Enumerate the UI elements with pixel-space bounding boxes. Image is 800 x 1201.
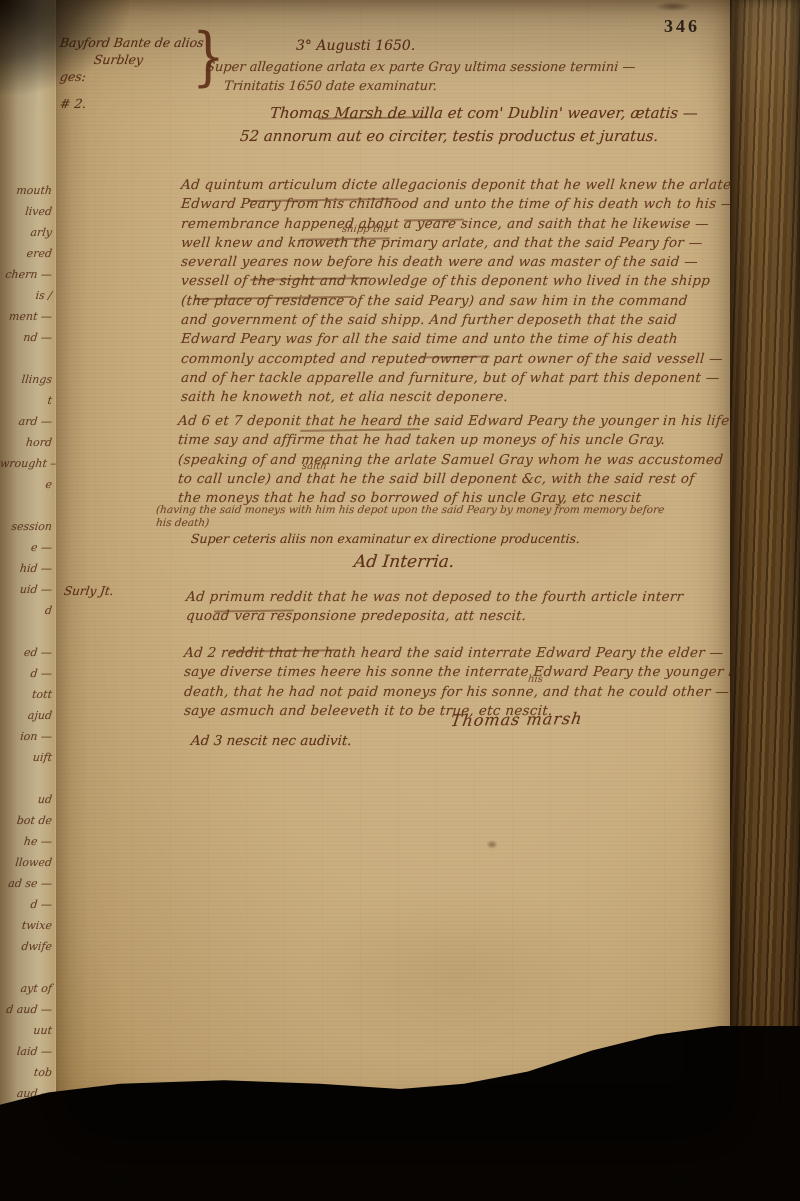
deponent-signature: Thomas marsh [449,709,584,730]
parchment-stain [306,880,606,1060]
deposition-line: and government of the said shipp. And fu… [180,311,748,330]
interlineation: his [527,674,543,685]
facing-page-fragment: mouth [0,180,53,201]
deposition-line: Ad quintum articulum dicte allegacionis … [180,176,748,195]
insertion-line: (having the said moneys with him his dep… [155,504,665,517]
facing-page-fragment: ajud [0,705,53,726]
deposition-line: death, that he had not paid moneys for h… [183,683,748,702]
deponent-heading: Thomas Marsh de villa et com' Dublin' we… [240,102,698,148]
facing-page-fragment: lived [0,201,53,222]
margin-note-case-title: Bayford Bante de alios Surbley ges: # 2.… [60,34,204,112]
margin-initials: Surly Jt. [63,584,115,598]
facing-page-fragment [0,957,53,978]
interlineation: saith [301,461,327,472]
facing-page-fragment: ard — [0,411,53,432]
facing-page-fragment: laid — [0,1041,53,1062]
margin-note-line: Surbley [59,51,205,68]
paragraph-ad-sextum: Ad 6 et 7 deponit that he heard the said… [178,412,729,508]
facing-page-fragment: arly [0,222,53,243]
deposition-line: saith he knoweth not, et alia nescit dep… [180,388,748,407]
deposition-line: saye diverse times heere his sonne the i… [183,663,748,682]
facing-page-fragment: tott [0,684,53,705]
facing-page-fragment: tob [0,1062,53,1083]
facing-page-fragment: dwife [0,936,53,957]
allegation-note: Super allegatione arlata ex parte Gray u… [206,58,635,96]
facing-page-fragment: llowed [0,852,53,873]
heading-line: 52 annorum aut eo circiter, testis produ… [239,125,699,148]
facing-page-fragment: nd — [0,327,53,348]
facing-page-fragment: ion — [0,726,53,747]
facing-page-fragment [0,768,53,789]
facing-page-fragment: d aud — [0,999,53,1020]
facing-page-fragment: llings [0,369,53,390]
facing-page-fragment [0,348,53,369]
deposition-line: severall yeares now before his death wer… [180,253,748,272]
page-number: 346 [664,16,700,37]
deposition-line: Ad primum reddit that he was not deposed… [185,588,684,607]
facing-page-fragment [0,495,53,516]
facing-page-fragment: uut [0,1020,53,1041]
examination-closing-note: Super ceteris aliis non examinatur ex di… [190,531,580,546]
ink-smudge [656,2,690,11]
manuscript-page: 346 Bayford Bante de alios Surbley ges: … [56,0,748,1150]
section-heading-ad-interrogatoria: Ad Interria. [353,552,455,572]
facing-page-fragment: chern — [0,264,53,285]
facing-page-fragment: e — [0,537,53,558]
facing-page-fragment: uift [0,747,53,768]
date-heading: 3° Augusti 1650. [296,38,415,54]
facing-page-fragment: e [0,474,53,495]
facing-page-fragment: ud [0,789,53,810]
facing-page-fragment: session [0,516,53,537]
margin-note-line: ges: [59,68,205,85]
margin-note-mark: # 2. [59,95,205,112]
deposition-line: time say and affirme that he had taken u… [177,431,730,450]
allegation-line: Super allegatione arlata ex parte Gray u… [205,58,636,77]
facing-page-fragment: ered [0,243,53,264]
deposition-line: (the place of residence of the said Pear… [180,292,748,311]
paragraph-ad-quintum: Ad quintum articulum dicte allegacionis … [181,176,748,408]
facing-page-fragment: is / [0,285,53,306]
facing-page-fragment: he — [0,831,53,852]
paragraph-ad-secundum: Ad 2 reddit that he hath heard the said … [184,644,748,721]
facing-page-text-fragments: mouthlivedarlyeredchern —is /ment —nd — … [0,180,57,1120]
deposition-line: (speaking of and meaning the arlate Samu… [177,451,730,470]
deposition-line: Ad 2 reddit that he hath heard the said … [183,644,748,663]
deposition-line: well knew and knoweth the primary arlate… [180,234,748,253]
deposition-line: commonly accompted and reputed owner a p… [180,350,748,369]
deposition-line: vessell of the sight and knowledge of th… [180,272,748,291]
paragraph-ad-tertium: Ad 3 nescit nec audivit. [190,733,352,749]
facing-page-fragment: uid — [0,579,53,600]
facing-page-edge: mouthlivedarlyeredchern —is /ment —nd — … [0,0,58,1135]
cramped-insertion: (having the said moneys with him his dep… [156,504,664,529]
facing-page-fragment: t [0,390,53,411]
facing-page-fragment: twixe [0,915,53,936]
facing-page-fragment: ayt of [0,978,53,999]
deposition-line: remembrance happened about a yeare since… [180,215,748,234]
facing-page-fragment: wrought — [0,453,53,474]
facing-page-fragment [0,621,53,642]
manuscript-photo: mouthlivedarlyeredchern —is /ment —nd — … [0,0,800,1201]
facing-page-fragment: hord [0,432,53,453]
heading-line: Thomas Marsh de villa et com' Dublin' we… [239,102,699,125]
facing-page-fragment: hid — [0,558,53,579]
ink-speck [486,840,498,849]
facing-page-fragment: ed — [0,642,53,663]
deposition-line: Edward Peary from his childhood and unto… [180,195,748,214]
facing-page-fragment: bot de [0,810,53,831]
paragraph-ad-primum: Ad primum reddit that he was not deposed… [186,588,683,627]
insertion-line: his death) [155,517,665,530]
margin-note-line: Bayford Bante de alios [59,34,205,51]
deposition-line: and of her tackle apparelle and furnitur… [180,369,748,388]
allegation-line: Trinitatis 1650 date examinatur. [205,77,636,96]
deposition-line: to call uncle) and that he the said bill… [177,470,730,489]
facing-page-fragment: d — [0,663,53,684]
facing-page-fragment: d — [0,894,53,915]
deposition-line: Edward Peary was for all the said time a… [180,330,748,349]
book-fore-edge [730,0,800,1128]
facing-page-fragment: d [0,600,53,621]
deposition-line: Ad 6 et 7 deponit that he heard the said… [177,412,730,431]
interlineation: shipp the [341,224,389,235]
facing-page-fragment: ad se — [0,873,53,894]
facing-page-fragment: ment — [0,306,53,327]
